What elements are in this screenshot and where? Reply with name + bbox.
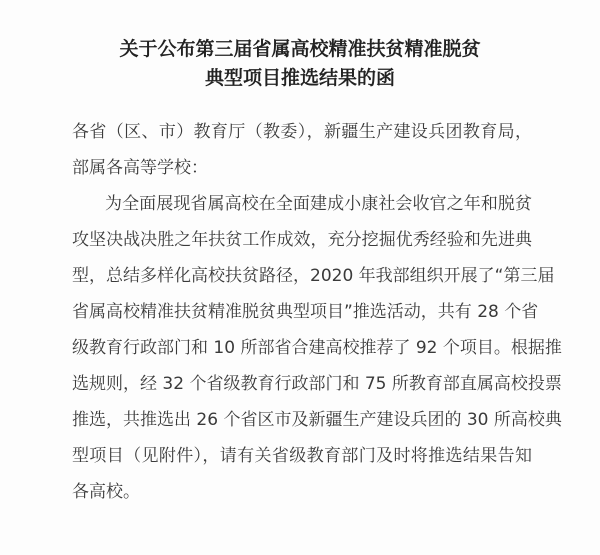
paragraph1-line-6: 选规则，经 32 个省级教育行政部门和 75 所教育部直属高校投票 — [72, 369, 532, 394]
paragraph1-line-1: 为全面展现省属高校在全面建成小康社会收官之年和脱贫 — [105, 189, 532, 214]
paragraph1-line-5: 级教育行政部门和 10 所部省合建高校推荐了 92 个项目。根据推 — [72, 333, 532, 358]
paragraph1-line-2: 攻坚决战决胜之年扶贫工作成效，充分挖掘优秀经验和先进典 — [72, 225, 532, 250]
salutation-line-2: 部属各高等学校： — [72, 153, 532, 178]
document-title-line-2: 典型项目推选结果的函 — [0, 63, 600, 90]
paragraph1-line-9: 各高校。 — [72, 477, 532, 502]
paragraph1-line-3: 型，总结多样化高校扶贫路径，2020 年我部组织开展了“第三届 — [72, 261, 532, 286]
document-title-line-1: 关于公布第三届省属高校精准扶贫精准脱贫 — [0, 34, 600, 61]
paragraph1-line-7: 推选，共推选出 26 个省区市及新疆生产建设兵团的 30 所高校典 — [72, 405, 532, 430]
salutation-line-1: 各省（区、市）教育厅（教委），新疆生产建设兵团教育局， — [72, 117, 532, 142]
paragraph1-line-8: 型项目（见附件），请有关省级教育部门及时将推选结果告知 — [72, 441, 532, 466]
paragraph1-line-4: 省属高校精准扶贫精准脱贫典型项目”推选活动，共有 28 个省 — [72, 297, 532, 322]
document-page: 关于公布第三届省属高校精准扶贫精准脱贫 典型项目推选结果的函 各省（区、市）教育… — [0, 0, 600, 555]
